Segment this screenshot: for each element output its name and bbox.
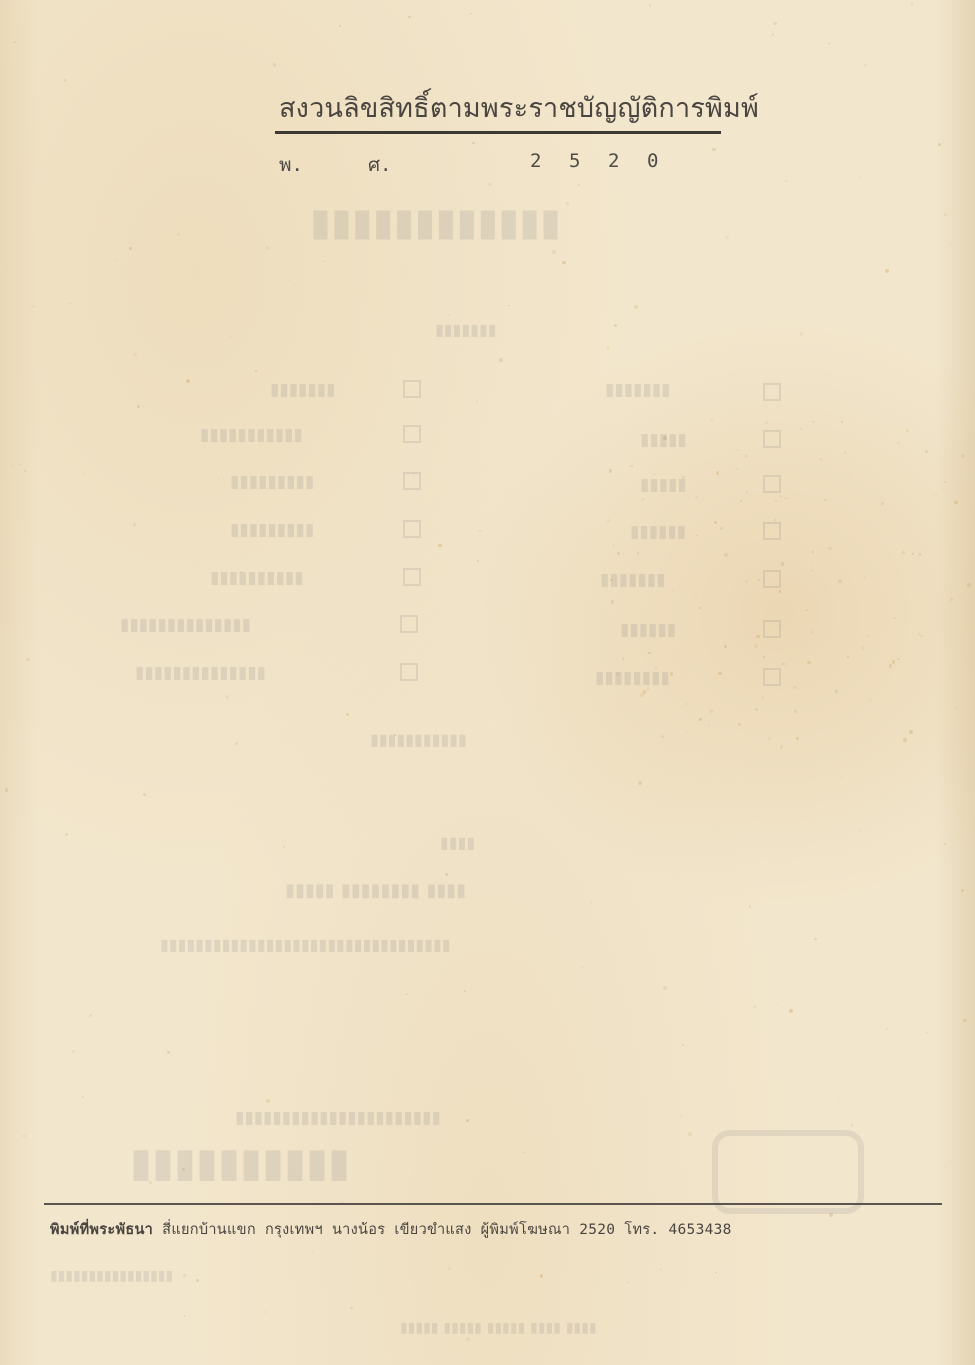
bleed-through-author-label: ▮▮▮▮	[440, 833, 475, 852]
imprint-phone: 4653438	[668, 1222, 731, 1238]
copyright-underline	[275, 131, 721, 134]
publication-year: พ. ศ. 2 5 2 0	[279, 150, 729, 178]
year-digit: 0	[647, 150, 686, 172]
printer-imprint: พิมพ์ที่พระพัธนา สี่แยกบ้านแขก กรุงเทพฯ …	[50, 1218, 940, 1241]
year-digits: 2 5 2 0	[530, 150, 686, 172]
bleed-through-logo-icon	[712, 1130, 864, 1214]
imprint-printer: พิมพ์ที่พระพัธนา	[50, 1222, 153, 1238]
imprint-year: 2520	[579, 1222, 615, 1238]
copyright-notice: สงวนลิขสิทธิ์ตามพระราชบัญญัติการพิมพ์	[279, 86, 719, 129]
bleed-through-subhead: ▮▮▮▮▮▮▮	[435, 320, 497, 339]
bleed-through-bottom-line: ▮▮▮▮▮▮▮▮▮▮▮▮▮▮▮▮	[50, 1268, 173, 1284]
bleed-through-note: ▮▮▮▮▮▮▮▮▮▮▮	[370, 730, 467, 749]
bleed-through-publisher-line: ▮▮▮▮▮▮▮▮▮▮▮▮▮▮▮▮▮▮▮▮▮▮	[235, 1108, 441, 1128]
imprint-publisher: นางน้อร เขียวขำแสง ผู้พิมพ์โฆษณา	[332, 1222, 570, 1238]
imprint-address: สี่แยกบ้านแขก กรุงเทพฯ	[162, 1222, 323, 1238]
bleed-through-publisher-name: ▮▮▮▮▮▮▮▮▮▮	[130, 1140, 350, 1186]
document-page: ▮▮▮▮▮▮▮▮▮▮▮▮ ▮▮▮▮▮▮▮ ▮▮▮▮▮▮▮ ▮▮▮▮▮ ▮▮▮▮▮…	[0, 0, 975, 1365]
year-digit: 2	[530, 150, 569, 172]
imprint-phone-label: โทร.	[624, 1222, 659, 1238]
bleed-through-bottom-line-2: ▮▮▮▮ ▮▮▮▮ ▮▮▮▮▮ ▮▮▮▮▮ ▮▮▮▮▮	[400, 1320, 597, 1336]
year-digit: 5	[569, 150, 608, 172]
bleed-through-author: ▮▮▮▮ ▮▮▮▮▮▮▮▮ ▮▮▮▮▮	[285, 880, 466, 901]
era-label-buddhist: พ.	[279, 150, 303, 180]
bleed-through-address: ▮▮▮▮▮▮▮▮▮▮▮▮▮▮▮▮▮▮▮▮▮▮▮▮▮▮▮▮▮▮▮▮▮	[160, 935, 451, 954]
footer-divider	[44, 1203, 942, 1205]
bleed-through-title: ▮▮▮▮▮▮▮▮▮▮▮▮	[310, 200, 561, 244]
year-digit: 2	[608, 150, 647, 172]
era-label-sakarat: ศ.	[368, 150, 392, 180]
